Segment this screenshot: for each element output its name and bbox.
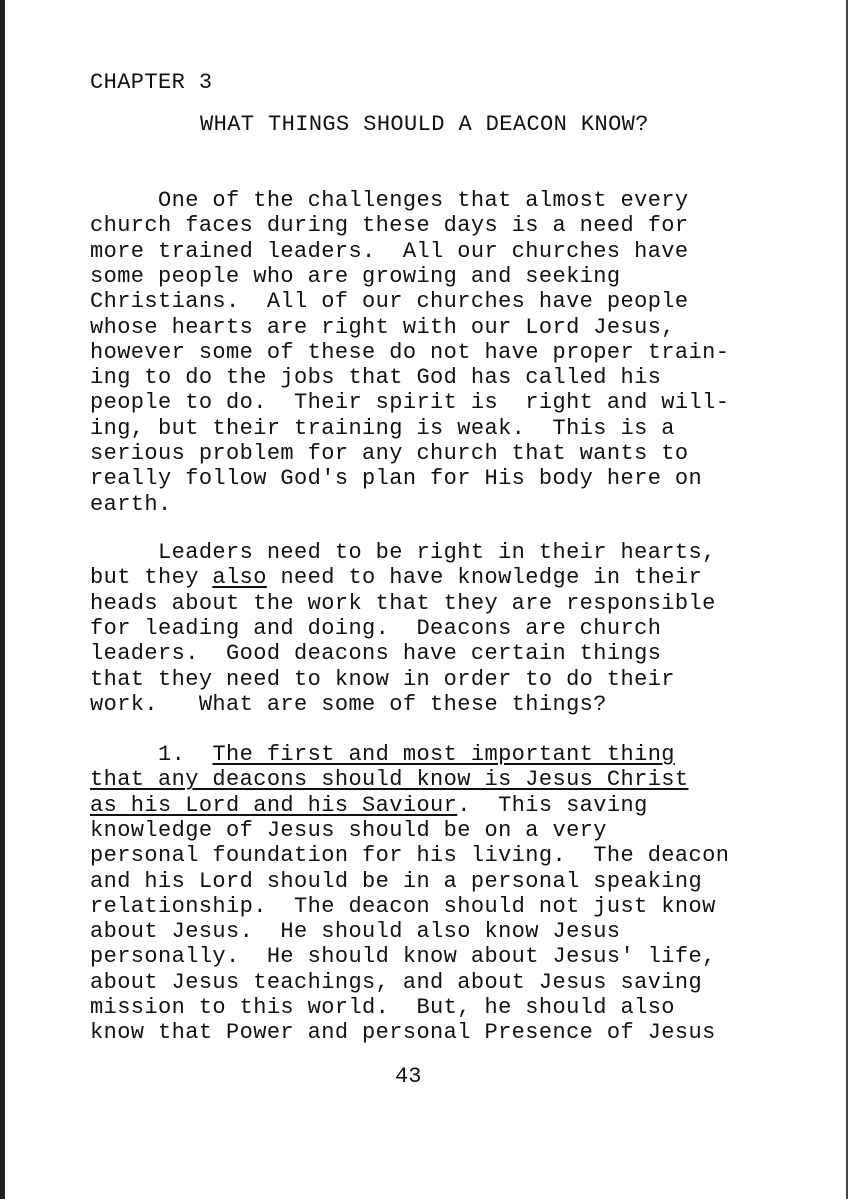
text-line: know that Power and personal Presence of… bbox=[90, 1020, 716, 1045]
page-number: 43 bbox=[395, 1064, 421, 1089]
text-line: 1. The first and most important thing bbox=[90, 742, 675, 767]
scan-edge-left bbox=[0, 0, 5, 1199]
text-line: about Jesus teachings, and about Jesus s… bbox=[90, 970, 702, 995]
text-line: whose hearts are right with our Lord Jes… bbox=[90, 315, 675, 340]
text-line: that any deacons should know is Jesus Ch… bbox=[90, 767, 689, 792]
text-line: some people who are growing and seeking bbox=[90, 264, 620, 289]
text-line: knowledge of Jesus should be on a very bbox=[90, 818, 607, 843]
text-line: as his Lord and his Saviour. This saving bbox=[90, 793, 648, 818]
text-line: Leaders need to be right in their hearts… bbox=[90, 540, 716, 565]
text-line: really follow God's plan for His body he… bbox=[90, 466, 702, 491]
text-line: personal foundation for his living. The … bbox=[90, 843, 729, 868]
text-line: leaders. Good deacons have certain thing… bbox=[90, 641, 661, 666]
text-line: more trained leaders. All our churches h… bbox=[90, 239, 689, 264]
text-line: personally. He should know about Jesus' … bbox=[90, 944, 716, 969]
page-title: WHAT THINGS SHOULD A DEACON KNOW? bbox=[200, 112, 649, 137]
text-line: Christians. All of our churches have peo… bbox=[90, 289, 689, 314]
text-line: serious problem for any church that want… bbox=[90, 441, 689, 466]
text-line: but they also need to have knowledge in … bbox=[90, 565, 702, 590]
text-line: however some of these do not have proper… bbox=[90, 340, 729, 365]
text-line: ing to do the jobs that God has called h… bbox=[90, 365, 661, 390]
text-line: One of the challenges that almost every bbox=[90, 188, 689, 213]
text-line: that they need to know in order to do th… bbox=[90, 667, 675, 692]
text-line: church faces during these days is a need… bbox=[90, 213, 689, 238]
text-line: relationship. The deacon should not just… bbox=[90, 894, 716, 919]
text-line: and his Lord should be in a personal spe… bbox=[90, 869, 702, 894]
text-line: about Jesus. He should also know Jesus bbox=[90, 919, 620, 944]
text-line: ing, but their training is weak. This is… bbox=[90, 416, 675, 441]
text-line: people to do. Their spirit is right and … bbox=[90, 390, 729, 415]
chapter-label: CHAPTER 3 bbox=[90, 70, 212, 95]
text-line: earth. bbox=[90, 492, 172, 517]
text-line: work. What are some of these things? bbox=[90, 692, 607, 717]
text-line: for leading and doing. Deacons are churc… bbox=[90, 616, 661, 641]
text-line: heads about the work that they are respo… bbox=[90, 591, 716, 616]
text-line: mission to this world. But, he should al… bbox=[90, 995, 675, 1020]
